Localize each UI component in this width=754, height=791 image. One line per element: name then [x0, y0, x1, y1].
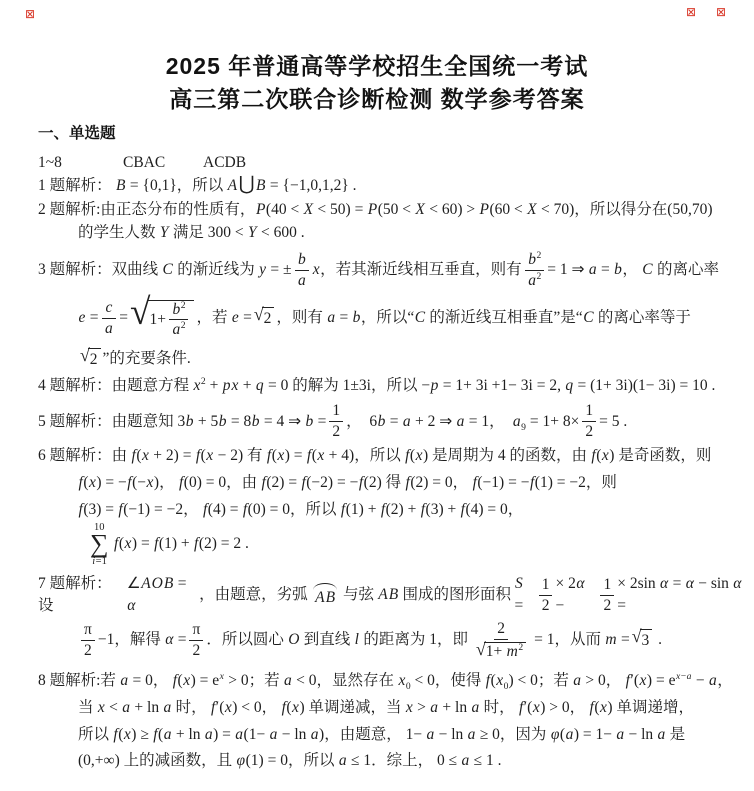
- math-run: 1+: [149, 309, 166, 331]
- text-run: ．综上，: [371, 750, 437, 772]
- text-run: 的离心率: [653, 259, 719, 281]
- text-run: 5 题解析：由题意知: [38, 411, 178, 433]
- math-group: √1+ m2: [474, 641, 528, 661]
- text-run: 3 题解析：双曲线: [38, 259, 162, 281]
- math-run: b: [298, 251, 307, 269]
- math-run: π: [84, 621, 92, 639]
- text-run: ，: [453, 472, 472, 494]
- text-run: ，所以: [290, 499, 340, 521]
- text-run: 6 题解析：由: [38, 445, 131, 467]
- text-run: ，: [346, 411, 369, 433]
- section-heading: 一、单选题: [38, 124, 754, 144]
- math-run: = 1 ⇒ a = b: [547, 259, 622, 281]
- text-run: 所以: [78, 724, 113, 746]
- math-run: y = ±: [259, 259, 292, 281]
- denominator: √1+ m2: [471, 640, 531, 661]
- math-run: (0,+∞): [78, 750, 120, 772]
- math-run: P(40 < X < 50) = P(50 < X < 60) > P(60 <…: [255, 199, 574, 221]
- radicand: 2: [262, 307, 275, 330]
- math-run: f(x0) < 0: [485, 670, 538, 692]
- fraction: b2a2: [169, 301, 189, 340]
- math-run: 2: [90, 349, 98, 371]
- denominator: a: [102, 319, 117, 338]
- denominator: a2: [169, 320, 189, 339]
- solutions: 1 题解析： B = {0,1}，所以 A⋃B = {−1,0,1,2} .2 …: [0, 175, 754, 772]
- text-run: ，所以: [288, 750, 338, 772]
- text-run: 7 题解析：设: [38, 573, 127, 617]
- broken-image-mark: ⊠: [686, 5, 696, 19]
- union-symbol: ⋃: [238, 174, 256, 195]
- radical: √1+b2a2: [130, 298, 194, 340]
- text-run: ；若: [538, 670, 573, 692]
- text-run: 时，: [172, 697, 211, 719]
- document-page: ⊠ ⊠ ⊠ 2025 年普通高等学校招生全国统一考试 高三第二次联合诊断检测 数…: [0, 0, 754, 791]
- solution-line: f(x) = −f(−x)， f(0) = 0，由 f(2) = f(−2) =…: [0, 472, 754, 494]
- text-run: 2 题解析:由正态分布的性质有，: [38, 199, 255, 221]
- text-run: ，则: [586, 472, 617, 494]
- math-run: C: [642, 259, 653, 281]
- text-run: 到直线: [300, 629, 354, 651]
- math-run: m =: [605, 629, 630, 651]
- math-run: B = {0,1}: [116, 175, 177, 197]
- math-run: f′(x) > 0: [518, 697, 569, 719]
- text-run: ，因为: [500, 724, 550, 746]
- text-run: 与弦: [339, 584, 378, 606]
- math-run: b2: [528, 251, 542, 269]
- math-run: O: [288, 629, 300, 651]
- math-run: π: [192, 621, 200, 639]
- math-run: φ(1) = 0: [236, 750, 288, 772]
- math-run: 1: [585, 402, 593, 420]
- math-run: ∠AOB = α: [127, 573, 199, 617]
- math-run: a9 = 1+ 8×: [512, 411, 579, 433]
- text-run: ，所以“: [361, 307, 414, 329]
- text-run: ，解得: [114, 629, 164, 651]
- math-run: f(x): [589, 697, 613, 719]
- text-run: ，: [570, 697, 589, 719]
- math-run: c: [105, 299, 113, 317]
- math-run: e =: [231, 307, 252, 329]
- math-run: 300 < Y < 600 .: [208, 222, 305, 244]
- text-run: 当: [78, 697, 97, 719]
- text-run: ，: [262, 697, 281, 719]
- text-run: ，所以得分在: [574, 199, 667, 221]
- text-run: 1 题解析：: [38, 175, 116, 197]
- numerator: b2: [525, 251, 545, 271]
- text-run: ，: [489, 411, 512, 433]
- math-group: 1+b2a2: [149, 301, 191, 340]
- math-run: f(2) = f(−2) = −f(2): [261, 472, 382, 494]
- numerator: b2: [169, 301, 189, 321]
- radical: √2: [254, 306, 275, 330]
- math-run: a2: [172, 321, 186, 339]
- text-run: ，: [153, 670, 172, 692]
- math-run: f(x): [591, 445, 615, 467]
- solution-line: 7 题解析：设∠AOB = α，由题意，劣弧 AB 与弦 AB 围成的图形面积 …: [0, 573, 754, 617]
- text-run: 围成的图形面积: [399, 584, 515, 606]
- math-run: b2: [172, 301, 186, 319]
- solution-line: π2−1，解得 α =π2．所以圆心 O 到直线 l 的距离为 1，即2√1+ …: [0, 620, 754, 661]
- solution-line: 8 题解析:若 a = 0， f(x) = ex > 0；若 a < 0，显然存…: [0, 670, 754, 692]
- solution-line: 2 题解析:由正态分布的性质有，P(40 < X < 50) = P(50 < …: [0, 199, 754, 221]
- text-run: ，由题意，: [324, 724, 405, 746]
- numerator: 1: [582, 402, 596, 422]
- broken-image-mark: ⊠: [716, 5, 726, 19]
- math-run: 2: [497, 620, 505, 638]
- radical: √2: [80, 347, 101, 371]
- math-run: 1+ m2: [486, 643, 523, 661]
- math-run: C: [583, 307, 594, 329]
- fraction: 12: [582, 402, 596, 441]
- math-run: 2: [264, 308, 272, 330]
- denominator: a: [295, 271, 310, 290]
- solution-line: 4 题解析：由题意方程 x2 + px + q = 0 的解为 1±3i，所以 …: [0, 375, 754, 397]
- math-run: (50,70): [667, 199, 712, 221]
- denominator: a2: [525, 271, 545, 290]
- math-run: f′(x) < 0: [210, 697, 261, 719]
- text-run: 上的减函数，且: [120, 750, 236, 772]
- text-run: 的解为: [288, 375, 342, 397]
- text-run: ，所以: [177, 175, 227, 197]
- math-run: × 2α −: [555, 573, 597, 617]
- numerator: 1: [539, 576, 553, 596]
- text-run: ，显然存在: [317, 670, 398, 692]
- broken-image-mark: ⊠: [25, 7, 35, 21]
- fraction: b2a2: [525, 251, 545, 290]
- numerator: π: [189, 621, 203, 641]
- math-run: × 2sin α = α − sin α =: [617, 573, 754, 617]
- text-run: 的渐近线互相垂直”是“: [426, 307, 583, 329]
- math-run: a: [105, 320, 114, 338]
- math-run: 1: [332, 402, 340, 420]
- math-run: f(x): [281, 697, 305, 719]
- math-run: x: [312, 259, 320, 281]
- text-run: ，使得: [435, 670, 485, 692]
- math-run: a ≤ 1: [338, 750, 371, 772]
- text-run: ，: [183, 499, 202, 521]
- math-run: a: [298, 272, 307, 290]
- radical: √3: [632, 628, 653, 652]
- math-run: 1: [542, 576, 550, 594]
- fraction: 12: [600, 576, 614, 615]
- math-run: 0 ≤ a ≤ 1 .: [437, 750, 502, 772]
- math-run: −p = 1+ 3i +1− 3i = 2, q = (1+ 3i)(1− 3i…: [421, 375, 715, 397]
- math-run: 6b = a + 2 ⇒ a = 1: [369, 411, 489, 433]
- solution-line: e =ca=√1+b2a2，若 e =√2，则有 a = b，所以“C 的渐近线…: [0, 298, 754, 340]
- math-run: a > 0: [573, 670, 606, 692]
- math-run: a = b: [327, 307, 361, 329]
- text-run: 4 题解析：由题意方程: [38, 375, 193, 397]
- text-run: 是周期为 4 的函数，由: [428, 445, 591, 467]
- math-run: 2: [542, 597, 550, 615]
- radical: √1+ m2: [476, 641, 526, 661]
- solution-line: 3 题解析：双曲线 C 的渐近线为 y = ±bax，若其渐近线相互垂直，则有b…: [0, 251, 754, 290]
- math-run: f(x) = f(x + 4): [266, 445, 354, 467]
- answer-group-2: ACDB: [203, 154, 246, 171]
- text-run: 满足: [169, 222, 208, 244]
- numerator: 1: [329, 402, 343, 422]
- solution-line: 当 x < a + ln a 时， f′(x) < 0， f(x) 单调递减，当…: [0, 697, 754, 719]
- numerator: 1: [600, 576, 614, 596]
- fraction: 2√1+ m2: [471, 620, 531, 661]
- radicand: 1+b2a2: [147, 300, 194, 340]
- solution-line: 6 题解析：由 f(x + 2) = f(x − 2) 有 f(x) = f(x…: [0, 445, 754, 467]
- math-run: f(x + 2) = f(x − 2): [131, 445, 243, 467]
- math-run: x < a + ln a: [97, 697, 171, 719]
- radicand: 3: [640, 629, 653, 652]
- text-run: 的渐近线为: [173, 259, 258, 281]
- math-run: A⋃B = {−1,0,1,2} .: [227, 175, 356, 197]
- denominator: 2: [190, 641, 204, 660]
- fraction: 12: [539, 576, 553, 615]
- numerator: c: [102, 299, 116, 319]
- math-run: 1− a − ln a ≥ 0: [406, 724, 500, 746]
- arc-label: AB: [315, 590, 336, 606]
- math-run: 3b + 5b = 8b = 4 ⇒ b =: [178, 411, 327, 433]
- math-run: x2 + px + q = 0: [193, 375, 288, 397]
- text-run: 单调递减，当: [305, 697, 406, 719]
- math-run: =: [119, 307, 128, 329]
- text-run: ，若: [196, 307, 231, 329]
- math-run: f(1) + f(2) + f(3) + f(4) = 0: [340, 499, 507, 521]
- math-run: 3: [642, 630, 650, 652]
- numerator: b: [295, 251, 310, 271]
- math-run: f(3) = f(−1) = −2: [78, 499, 183, 521]
- math-run: Y: [159, 222, 169, 244]
- radicand: 2: [88, 348, 101, 371]
- text-run: ，从而: [555, 629, 605, 651]
- fraction: ca: [102, 299, 117, 338]
- text-run: 得: [382, 472, 405, 494]
- answer-group-1: CBAC: [123, 152, 203, 174]
- arc-over-ab: AB: [313, 583, 337, 606]
- text-run: ，由题意，劣弧: [199, 584, 311, 606]
- text-run: ，: [508, 499, 524, 521]
- math-run: f(x) ≥ f(a + ln a) = a(1− a − ln a): [113, 724, 324, 746]
- math-run: S =: [514, 573, 535, 617]
- fraction: π2: [81, 621, 95, 660]
- solution-line: (0,+∞) 上的减函数，且 φ(1) = 0，所以 a ≤ 1．综上， 0 ≤…: [0, 750, 754, 772]
- text-run: ；若: [249, 670, 284, 692]
- denominator: 2: [81, 641, 95, 660]
- math-run: = 1: [534, 629, 554, 651]
- math-run: e =: [78, 307, 99, 329]
- solution-line: 1 题解析： B = {0,1}，所以 A⋃B = {−1,0,1,2} .: [0, 175, 754, 197]
- math-run: f(4) = f(0) = 0: [202, 499, 290, 521]
- denominator: 2: [582, 422, 596, 441]
- text-run: ，: [606, 670, 625, 692]
- math-run: 2: [84, 642, 92, 660]
- numerator: 2: [494, 620, 508, 640]
- denominator: 2: [539, 596, 553, 615]
- text-run: 时，: [480, 697, 519, 719]
- text-run: ，所以: [354, 445, 404, 467]
- text-run: ，则有: [276, 307, 326, 329]
- math-run: 1: [603, 576, 611, 594]
- math-run: 2: [193, 642, 201, 660]
- math-run: C: [162, 259, 173, 281]
- math-run: f(x) = ex > 0: [172, 670, 248, 692]
- text-run: 8 题解析:若: [38, 670, 120, 692]
- math-run: φ(a) = 1− a − ln a: [550, 724, 665, 746]
- solution-line: √2”的充要条件.: [0, 347, 754, 371]
- summation: 10∑i=1: [90, 522, 109, 567]
- exam-title-line1: 2025 年普通高等学校招生全国统一考试: [0, 50, 754, 83]
- answer-range: 1~8: [38, 152, 123, 174]
- solution-line: 的学生人数 Y 满足 300 < Y < 600 .: [0, 222, 754, 244]
- math-run: f(−1) = −f(1) = −2: [472, 472, 586, 494]
- text-run: ，由: [226, 472, 261, 494]
- math-run: AB: [378, 584, 399, 606]
- math-run: f(x): [405, 445, 429, 467]
- math-run: 1±3i: [343, 375, 371, 397]
- math-run: .: [654, 629, 662, 651]
- math-run: a2: [528, 272, 542, 290]
- math-run: x0 < 0: [398, 670, 435, 692]
- denominator: 2: [600, 596, 614, 615]
- math-run: f(x) = −f(−x): [78, 472, 159, 494]
- text-run: 是奇函数，则: [614, 445, 711, 467]
- math-run: C: [414, 307, 425, 329]
- denominator: 2: [329, 422, 343, 441]
- math-run: a < 0: [284, 670, 317, 692]
- math-run: x > a + ln a: [405, 697, 479, 719]
- solution-line: 10∑i=1f(x) = f(1) + f(2) = 2 .: [0, 522, 754, 567]
- text-run: ，所以: [371, 375, 421, 397]
- text-run: 是: [666, 724, 685, 746]
- text-run: 的离心率等于: [594, 307, 691, 329]
- math-run: a = 0: [120, 670, 153, 692]
- text-run: ，: [717, 670, 733, 692]
- text-run: ”的充要条件.: [103, 348, 191, 370]
- text-run: ，若其渐近线相互垂直，则有: [320, 259, 522, 281]
- numerator: π: [81, 621, 95, 641]
- text-run: 的学生人数: [78, 222, 159, 244]
- text-run: 单调递增，: [613, 697, 694, 719]
- fraction: 12: [329, 402, 343, 441]
- solution-line: f(3) = f(−1) = −2， f(4) = f(0) = 0，所以 f(…: [0, 499, 754, 521]
- fraction: ba: [295, 251, 310, 290]
- text-run: ，: [159, 472, 178, 494]
- text-run: 有: [243, 445, 266, 467]
- sigma-symbol: ∑: [90, 533, 109, 555]
- fraction: π2: [189, 621, 203, 660]
- math-run: −1: [98, 629, 115, 651]
- math-run: 2: [332, 423, 340, 441]
- math-run: 2: [585, 423, 593, 441]
- answer-key-row: 1~8CBACACDB: [38, 152, 754, 174]
- text-run: 的距离为 1，即: [359, 629, 468, 651]
- math-run: f(x) = f(1) + f(2) = 2 .: [114, 533, 249, 555]
- math-run: f(2) = 0: [405, 472, 453, 494]
- solution-line: 所以 f(x) ≥ f(a + ln a) = a(1− a − ln a)，由…: [0, 724, 754, 746]
- text-run: ．所以圆心: [206, 629, 287, 651]
- math-run: α =: [165, 629, 187, 651]
- math-run: f′(x) = ex−a − a: [625, 670, 717, 692]
- radicand: 1+ m2: [484, 642, 526, 661]
- math-run: 2: [603, 597, 611, 615]
- solution-line: 5 题解析：由题意知 3b + 5b = 8b = 4 ⇒ b =12， 6b …: [0, 402, 754, 441]
- math-run: f(0) = 0: [178, 472, 226, 494]
- math-run: = 5 .: [599, 411, 627, 433]
- sum-lower: i=1: [92, 556, 107, 568]
- exam-title-line2: 高三第二次联合诊断检测 数学参考答案: [0, 83, 754, 116]
- text-run: ，: [622, 259, 641, 281]
